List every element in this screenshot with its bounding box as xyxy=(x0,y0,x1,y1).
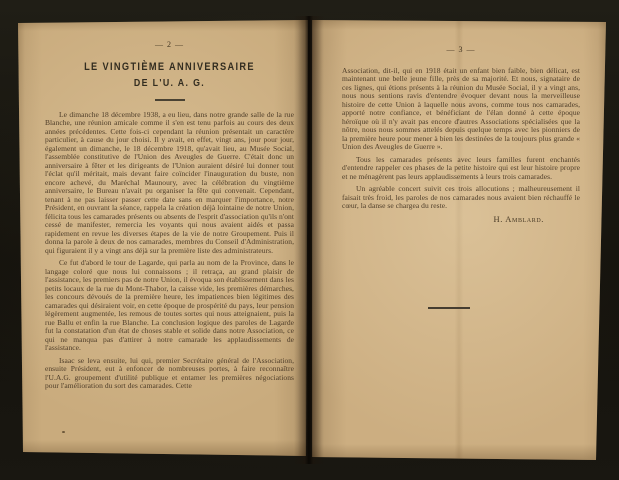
right-page: — 3 — Association, dit-il, qui en 1918 é… xyxy=(311,18,607,460)
page-number-right: — 3 — xyxy=(342,46,580,55)
article-title-line1: LE VINGTIÈME ANNIVERSAIRE xyxy=(65,63,274,72)
paragraph: Ce fut d'abord le tour de Lagarde, qui p… xyxy=(45,259,294,353)
left-page: — 2 — LE VINGTIÈME ANNIVERSAIRE DE L'U. … xyxy=(16,19,308,456)
paragraph: Association, dit-il, qui en 1918 était u… xyxy=(342,67,580,152)
scanned-book-spread: — 2 — LE VINGTIÈME ANNIVERSAIRE DE L'U. … xyxy=(0,0,619,480)
left-page-body: Le dimanche 18 décembre 1938, a eu lieu,… xyxy=(45,111,294,391)
paragraph: Le dimanche 18 décembre 1938, a eu lieu,… xyxy=(45,111,294,256)
right-page-body: Association, dit-il, qui en 1918 était u… xyxy=(342,67,580,224)
paragraph: Un agréable concert suivit ces trois all… xyxy=(342,185,580,211)
left-page-text-column: — 2 — LE VINGTIÈME ANNIVERSAIRE DE L'U. … xyxy=(45,41,294,395)
paragraph: Isaac se leva ensuite, lui qui, premier … xyxy=(45,357,294,391)
author-signature: H. Amblard. xyxy=(342,215,580,224)
scan-speck xyxy=(62,431,65,433)
right-page-text-column: — 3 — Association, dit-il, qui en 1918 é… xyxy=(342,46,580,223)
title-divider-rule xyxy=(155,99,185,101)
page-number-left: — 2 — xyxy=(45,41,294,50)
article-title-line2: DE L'U. A. G. xyxy=(65,79,274,88)
paragraph: Tous les camarades présents avec leurs f… xyxy=(342,156,580,182)
section-divider-rule xyxy=(428,307,470,309)
